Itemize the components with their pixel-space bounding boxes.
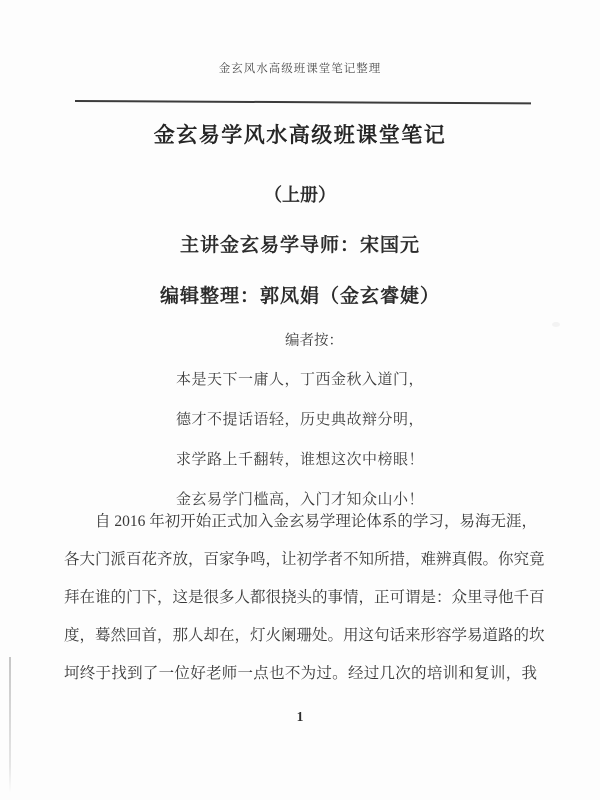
body-line: 拜在谁的门下，这是很多人都很挠头的事情，正可谓是：众里寻他千百: [64, 579, 537, 617]
poem-line: 德才不提话语轻，历史典故辩分明，: [0, 400, 600, 440]
header-rule: [75, 100, 531, 104]
scanned-document-page: 金玄风水高级班课堂笔记整理 金玄易学风水高级班课堂笔记 （上册） 主讲金玄易学导…: [0, 0, 600, 800]
poem-line: 本是天下一庸人，丁西金秋入道门，: [0, 360, 600, 400]
body-paragraph: 自 2016 年初开始正式加入金玄易学理论体系的学习，易海无涯， 各大门派百花齐…: [64, 503, 537, 693]
lecturer-line: 主讲金玄易学导师：宋国元: [0, 230, 600, 257]
editor-line: 编辑整理：郭凤娟（金玄睿婕）: [0, 281, 600, 308]
page-number: 1: [0, 709, 600, 725]
body-line: 各大门派百花齐放，百家争鸣，让初学者不知所措，难辨真假。你究竟: [64, 541, 537, 579]
scan-smudge: [552, 322, 560, 327]
running-header: 金玄风水高级班课堂笔记整理: [0, 60, 600, 76]
doc-title: 金玄易学风水高级班课堂笔记: [0, 119, 600, 149]
volume-subtitle: （上册）: [0, 181, 600, 207]
body-line: 自 2016 年初开始正式加入金玄易学理论体系的学习，易海无涯，: [64, 503, 537, 541]
scan-artifact-line: [9, 657, 11, 793]
editors-note-label: 编者按：: [14, 329, 600, 350]
poem-line: 求学路上千翻转，谁想这次中榜眼！: [0, 440, 600, 480]
body-line: 度，蓦然回首，那人却在，灯火阑珊处。用这句话来形容学易道路的坎: [64, 617, 537, 655]
body-line: 坷终于找到了一位好老师一点也不为过。经过几次的培训和复训，我: [64, 655, 537, 693]
editors-note-poem: 本是天下一庸人，丁西金秋入道门， 德才不提话语轻，历史典故辩分明， 求学路上千翻…: [0, 360, 600, 520]
